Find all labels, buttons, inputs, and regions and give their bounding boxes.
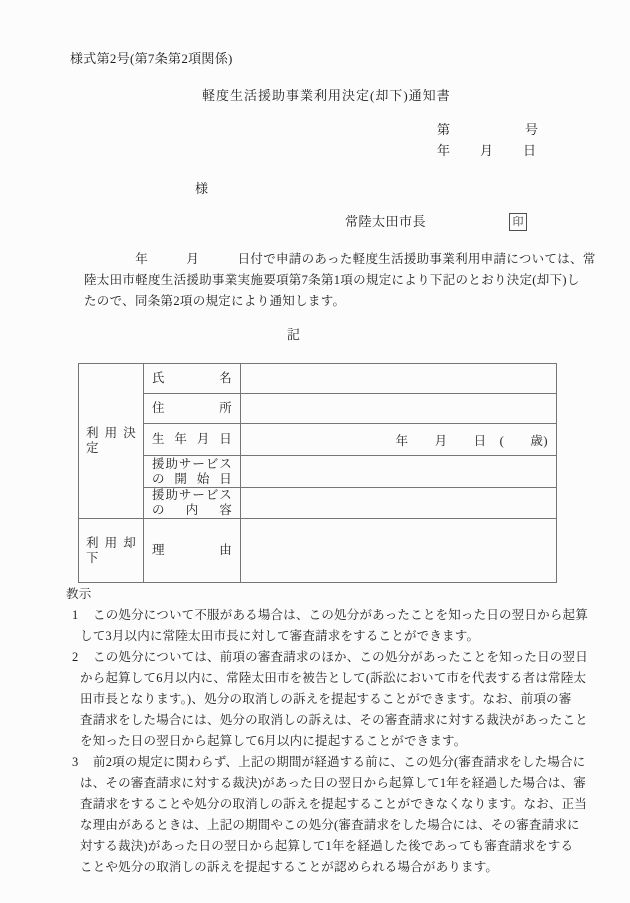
document-title: 軽度生活援助事業利用決定(却下)通知書 (202, 89, 451, 102)
field-label-service-start: 援助サービス の開始日 (144, 456, 241, 488)
section-header-riyou-kyakka: 利用却下 (79, 519, 144, 583)
kyoji-item-line: 田市長となります。)、処分の取消しの訴えを提起することができます。なお、前項の審 (66, 689, 588, 710)
field-value-reason (241, 519, 557, 583)
field-value-address (241, 394, 557, 424)
body-paragraph-line: 年 月 日付で申請のあった軽度生活援助事業利用申請については、常 (84, 249, 596, 270)
issue-date-day: 日 (523, 144, 536, 157)
doc-number-suffix: 号 (525, 123, 538, 136)
field-label-address: 住所 (144, 394, 241, 424)
kyoji-item-3: 3前2項の規定に関わらず、上記の期間が経過する前に、この処分(審査請求をした場合… (66, 752, 588, 878)
kyoji-item-line: 対する裁決)があった日の翌日から起算して1年を経過した後であっても審査請求をする (66, 836, 588, 857)
field-value-name (241, 364, 557, 394)
kyoji-item-line: 2この処分については、前項の審査請求のほか、この処分があったことを知った日の翌日 (66, 647, 588, 668)
kyoji-heading: 教示 (66, 584, 588, 605)
item-number: 2 (72, 647, 93, 668)
ki-heading: 記 (287, 328, 301, 341)
doc-number-prefix: 第 (437, 123, 450, 136)
field-value-service-start (241, 456, 557, 488)
issue-date-month: 月 (480, 144, 493, 157)
document-page: 様式第2号(第7条第2項関係) 軽度生活援助事業利用決定(却下)通知書 第 号 … (0, 0, 630, 903)
body-paragraph-line: たので、同条第2項の規定により通知します。 (84, 291, 596, 312)
field-value-service-content (241, 488, 557, 519)
kyoji-item-line: を知った日の翌日から起算して6月以内に提起することができます。 (66, 731, 588, 752)
kyoji-section: 教示 1この処分について不服がある場合は、この処分があったことを知った日の翌日か… (66, 584, 588, 878)
kyoji-item-line: ことや処分の取消しの訴えを提起することが認められる場合があります。 (66, 857, 588, 878)
field-label-birthdate: 生年月日 (144, 424, 241, 456)
form-number-label: 様式第2号(第7条第2項関係) (70, 52, 233, 65)
field-label-name: 氏名 (144, 364, 241, 394)
decision-table: 利用決定 氏名 住所 生年月日 年 月 日 ( 歳) 援助サービス の開始日 (78, 363, 557, 583)
item-text: 前2項の規定に関わらず、上記の期間が経過する前に、この処分(審査請求をした場合に (93, 755, 585, 769)
kyoji-item-line: 1この処分について不服がある場合は、この処分があったことを知った日の翌日から起算 (66, 605, 588, 626)
issue-date-year: 年 (437, 144, 450, 157)
kyoji-item-line: な理由があるときは、上記の期間やこの処分(審査請求をした場合には、その審査請求に (66, 815, 588, 836)
body-paragraph-line: 陸太田市軽度生活援助事業実施要項第7条第1項の規定により下記のとおり決定(却下)… (84, 270, 596, 291)
kyoji-item-2: 2この処分については、前項の審査請求のほか、この処分があったことを知った日の翌日… (66, 647, 588, 752)
kyoji-item-line: 査請求をすることや処分の取消しの訴えを提起することができなくなります。なお、正当 (66, 794, 588, 815)
table-row-service-start: 援助サービス の開始日 (79, 456, 557, 488)
table-row-service-content: 援助サービス の内容 (79, 488, 557, 519)
addressee-honorific: 様 (195, 182, 208, 195)
table-row-name: 利用決定 氏名 (79, 364, 557, 394)
kyoji-item-line: して3月以内に常陸太田市長に対して審査請求をすることができます。 (66, 626, 588, 647)
item-number: 1 (72, 605, 93, 626)
item-number: 3 (72, 752, 93, 773)
item-text: この処分について不服がある場合は、この処分があったことを知った日の翌日から起算 (93, 608, 588, 622)
kyoji-item-line: から起算して6月以内に、常陸太田市を被告として(訴訟において市を代表する者は常陸… (66, 668, 588, 689)
table-row-rejection-reason: 利用却下 理由 (79, 519, 557, 583)
issue-date-line: 年 月 日 (437, 144, 536, 157)
field-value-birthdate: 年 月 日 ( 歳) (241, 424, 557, 456)
kyoji-item-line: は、その審査請求に対する裁決)があった日の翌日から起算して1年を経過した場合は、… (66, 773, 588, 794)
sender-name: 常陸太田市長 (345, 215, 426, 228)
section-header-riyou-kettei: 利用決定 (79, 364, 144, 519)
table-row-address: 住所 (79, 394, 557, 424)
field-label-service-content: 援助サービス の内容 (144, 488, 241, 519)
body-paragraph: 年 月 日付で申請のあった軽度生活援助事業利用申請については、常 陸太田市軽度生… (84, 249, 596, 312)
kyoji-item-1: 1この処分について不服がある場合は、この処分があったことを知った日の翌日から起算… (66, 605, 588, 647)
field-label-reason: 理由 (144, 519, 241, 583)
item-text: この処分については、前項の審査請求のほか、この処分があったことを知った日の翌日 (93, 650, 588, 664)
kyoji-item-line: 3前2項の規定に関わらず、上記の期間が経過する前に、この処分(審査請求をした場合… (66, 752, 588, 773)
doc-number-line: 第 号 (437, 123, 538, 136)
seal-icon: 印 (509, 213, 527, 231)
kyoji-item-line: 査請求をした場合には、処分の取消しの訴えは、その審査請求に対する裁決があったこと (66, 710, 588, 731)
table-row-birthdate: 生年月日 年 月 日 ( 歳) (79, 424, 557, 456)
